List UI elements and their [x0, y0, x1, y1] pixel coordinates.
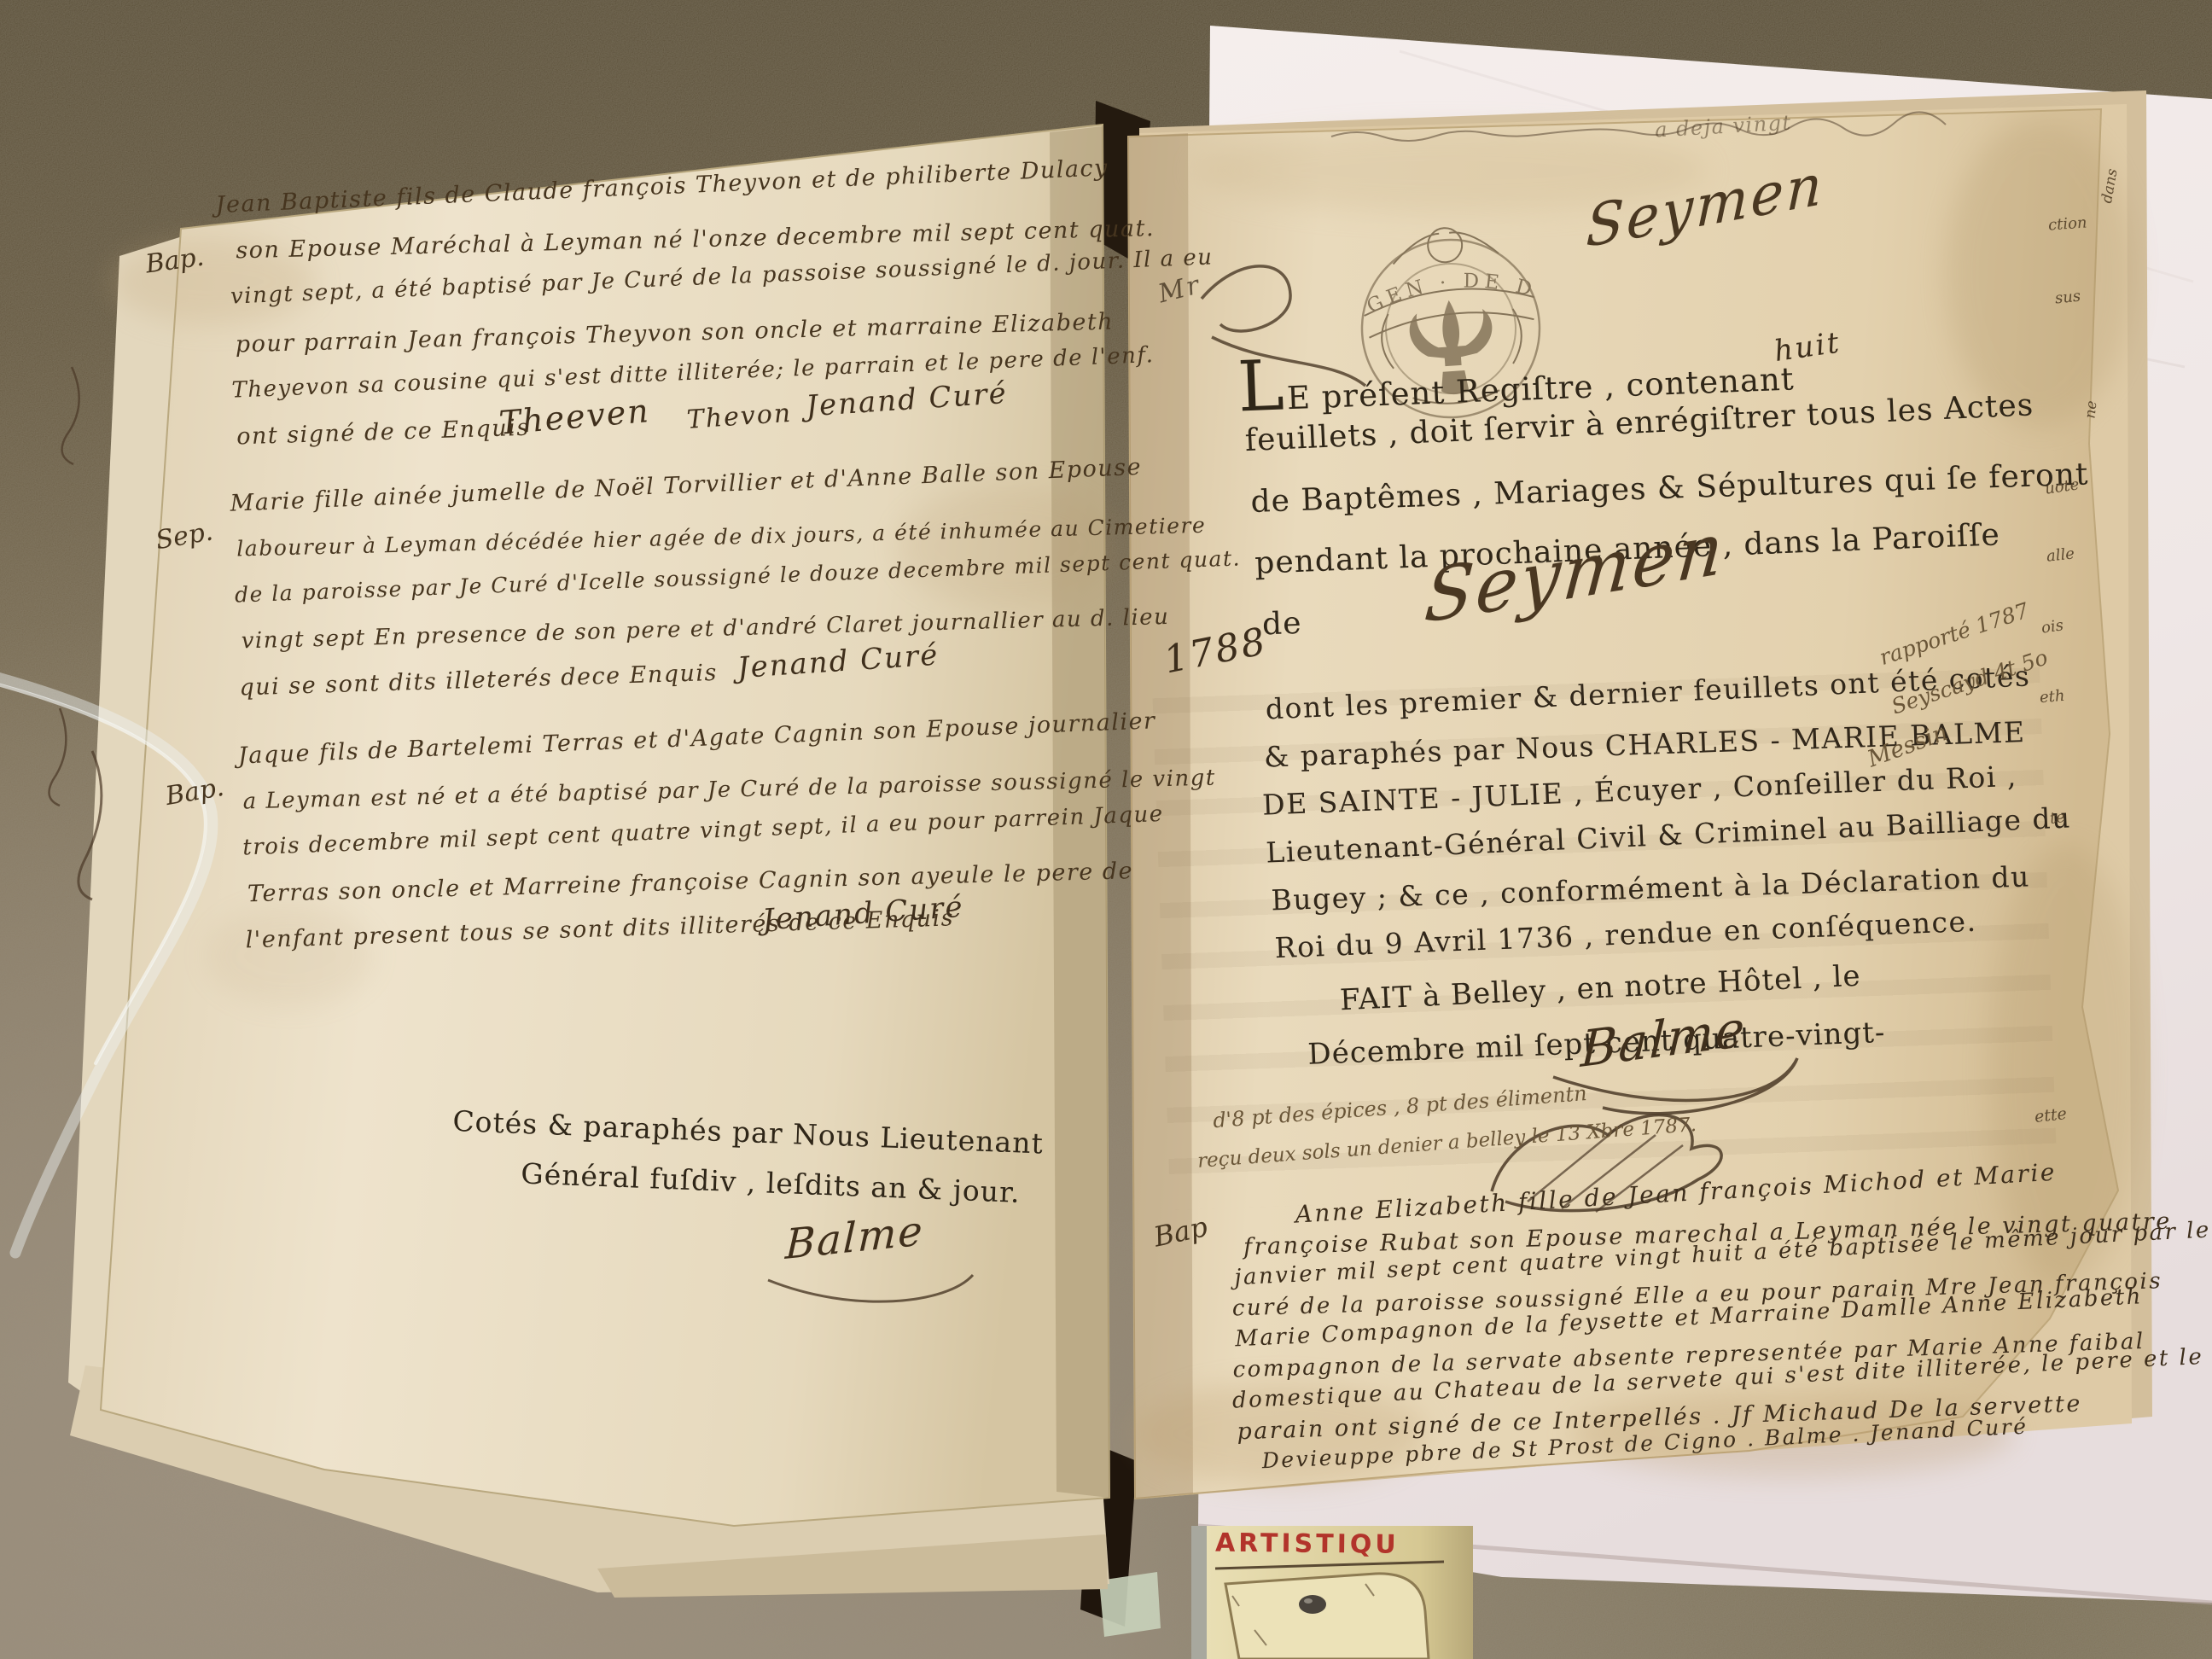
photo-scene: GEN · DE DIJON Bap	[0, 0, 2212, 1659]
artistique-object	[1191, 1526, 1473, 1659]
latch-tongue	[1225, 1574, 1429, 1659]
background-graphics: GEN · DE DIJON	[0, 0, 2212, 1659]
rivet	[1299, 1595, 1326, 1614]
left-page	[101, 125, 1109, 1526]
